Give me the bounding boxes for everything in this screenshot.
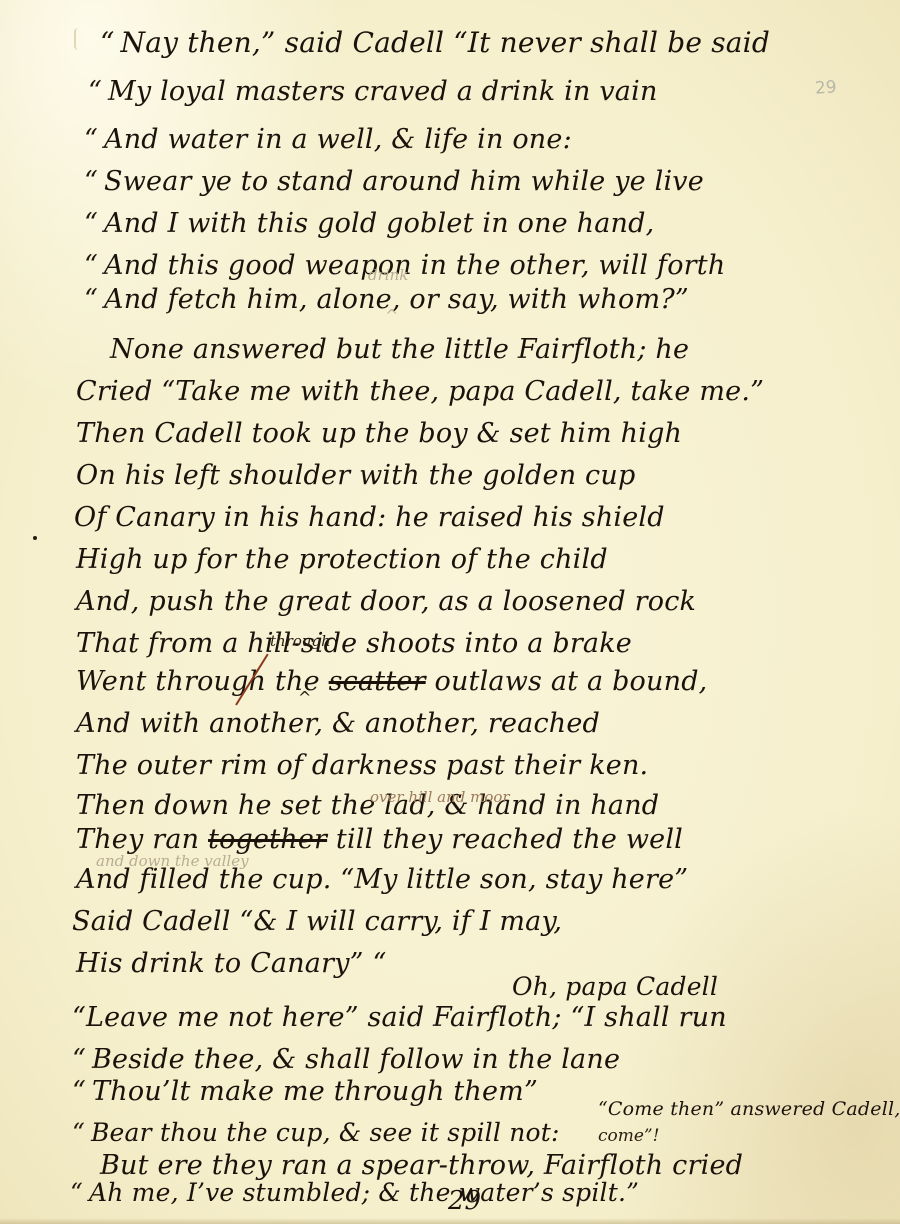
manuscript-line-12: Of Canary in his hand: he raised his shi…	[74, 502, 665, 533]
manuscript-line-14: And, push the great door, as a loosened …	[76, 586, 696, 617]
manuscript-line-29: But ere they ran a spear-throw, Fairflot…	[100, 1150, 743, 1181]
manuscript-line-2: “My loyal masters craved a drink in vain	[88, 76, 658, 107]
manuscript-line-3: “And water in a well, & life in one:	[84, 124, 572, 155]
insertion-caret-icon: ^	[298, 688, 311, 707]
manuscript-line-21: And filled the cup. “My little son, stay…	[76, 864, 688, 895]
ink-insertion-through: through	[270, 632, 331, 650]
manuscript-line-17: And with another, & another, reached	[76, 708, 600, 739]
paper-tear-mark	[74, 28, 84, 50]
manuscript-line-27: “Thou’lt make me through them”	[72, 1076, 538, 1107]
manuscript-line-11: On his left shoulder with the golden cup	[76, 460, 635, 491]
manuscript-line-28: “Bear thou the cup, & see it spill not:	[72, 1118, 560, 1147]
manuscript-line-15: That from a hill-side shoots into a brak…	[76, 628, 632, 659]
margin-ink-dot	[33, 536, 37, 540]
pencil-insertion-drink: drink	[368, 266, 408, 284]
manuscript-line-26: “Beside thee, & shall follow in the lane	[72, 1044, 620, 1075]
struck-word: scatter	[329, 666, 426, 697]
struck-word: together	[208, 824, 327, 855]
manuscript-line-19: Then down he set the lad, & hand in hand	[76, 790, 659, 821]
pencil-insertion-over-hill: over hill and moor	[370, 788, 510, 806]
manuscript-line-9: Cried “Take me with thee, papa Cadell, t…	[76, 376, 764, 407]
insertion-caret-icon: ^	[385, 306, 398, 325]
pencil-folio-number: 29	[814, 77, 837, 98]
manuscript-line-20: They ran together till they reached the …	[76, 824, 683, 855]
manuscript-line-23: His drink to Canary” “	[76, 948, 386, 979]
manuscript-line-16: Went through the scatter outlaws at a bo…	[76, 666, 707, 697]
manuscript-line-10: Then Cadell took up the boy & set him hi…	[76, 418, 682, 449]
manuscript-line-18: The outer rim of darkness past their ken…	[76, 750, 648, 781]
manuscript-line-25: “Leave me not here” said Fairfloth; “I s…	[72, 1002, 727, 1033]
manuscript-line-5: “And I with this gold goblet in one hand…	[84, 208, 654, 239]
manuscript-line-13: High up for the protection of the child	[76, 544, 608, 575]
page-edge	[0, 1218, 900, 1224]
manuscript-line-8: None answered but the little Fairfloth; …	[110, 334, 689, 365]
manuscript-line-30: “Ah me, I’ve stumbled; & the water’s spi…	[70, 1178, 639, 1207]
manuscript-line-24: Oh, papa Cadell	[512, 972, 718, 1001]
manuscript-line-22: Said Cadell “& I will carry, if I may,	[72, 906, 562, 937]
ink-insertion-come: come”!	[598, 1126, 659, 1146]
manuscript-line-1: “Nay then,” said Cadell “It never shall …	[100, 26, 770, 59]
manuscript-line-4: “Swear ye to stand around him while ye l…	[84, 166, 704, 197]
manuscript-line-28-addition: “Come then” answered Cadell,	[598, 1098, 900, 1120]
page-number: 29	[448, 1186, 481, 1216]
